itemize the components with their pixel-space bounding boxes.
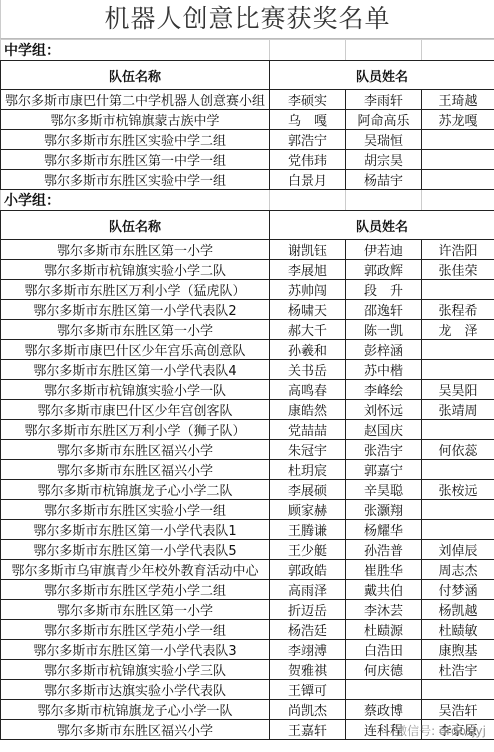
member-name: 何依蕊: [422, 440, 494, 460]
member-name: 张佳荣: [422, 260, 494, 280]
member-name: 吴浩轩: [422, 700, 494, 720]
member-name: [422, 280, 494, 300]
table-row: 鄂尔多斯市康巴什区少年宫乐高创意队孙羲和彭梓涵: [1, 340, 494, 360]
member-name: [422, 150, 494, 170]
table-row: 鄂尔多斯市杭锦旗蒙古族中学乌 嘎阿命高乐苏龙嘎: [1, 110, 494, 130]
member-name: 段 升: [346, 280, 422, 300]
table-row: 鄂尔多斯市东胜区第一小学代表队1王腾谦杨耀华: [1, 520, 494, 540]
header-row: 队伍名称 队员姓名: [1, 211, 494, 240]
table-row: 鄂尔多斯市康巴什区少年宫创客队康皓然刘怀远张靖周: [1, 400, 494, 420]
member-name: [422, 520, 494, 540]
watermark: 微信号: ordosjyj: [395, 722, 486, 739]
member-name: 吴瑞恒: [346, 130, 422, 150]
table-row: 鄂尔多斯市乌审旗青少年校外教育活动中心郭政皓崔胜华周志杰: [1, 560, 494, 580]
member-name: 孙羲和: [270, 340, 346, 360]
member-name: 党喆喆: [270, 420, 346, 440]
team-name: 鄂尔多斯市东胜区福兴小学: [1, 460, 270, 480]
team-name: 鄂尔多斯市东胜区实验中学一组: [1, 170, 270, 190]
team-name: 鄂尔多斯市康巴什第二中学机器人创意赛小组: [1, 90, 270, 110]
team-name: 鄂尔多斯市东胜区学苑小学一组: [1, 620, 270, 640]
member-name: 杜赜敏: [422, 620, 494, 640]
team-name: 鄂尔多斯市东胜区第一小学: [1, 240, 270, 260]
member-name: 张程希: [422, 300, 494, 320]
table-row: 鄂尔多斯市东胜区福兴小学朱冠宇张浩宇何依蕊: [1, 440, 494, 460]
member-name: 彭梓涵: [346, 340, 422, 360]
team-name: 鄂尔多斯市东胜区福兴小学: [1, 720, 270, 740]
member-name: 尚凯杰: [270, 700, 346, 720]
member-name: 付梦涵: [422, 580, 494, 600]
member-name: 折迈岳: [270, 600, 346, 620]
member-name: 高鸣春: [270, 380, 346, 400]
table-row: 鄂尔多斯市东胜区第一中学一组党伟玮胡宗昊: [1, 150, 494, 170]
member-name: 王嘉轩: [270, 720, 346, 740]
member-name: 蔡政博: [346, 700, 422, 720]
team-header: 队伍名称: [1, 61, 270, 90]
table-row: 鄂尔多斯市东胜区万利小学（狮子队）党喆喆赵国庆: [1, 420, 494, 440]
members-header: 队员姓名: [270, 211, 494, 240]
table-row: 鄂尔多斯市杭锦旗实验小学二队李展旭郭政辉张佳荣: [1, 260, 494, 280]
member-name: 李展旭: [270, 260, 346, 280]
table-row: 鄂尔多斯市杭锦旗实验小学三队贺雅祺何庆德杜浩宇: [1, 660, 494, 680]
team-name: 鄂尔多斯市东胜区万利小学（狮子队）: [1, 420, 270, 440]
table-row: 鄂尔多斯市东胜区实验小学一组顾家赫张灏翔: [1, 500, 494, 520]
member-name: 谢凯钰: [270, 240, 346, 260]
member-name: 阿命高乐: [346, 110, 422, 130]
section-row: 中学组：: [1, 40, 494, 61]
member-name: 朱冠宇: [270, 440, 346, 460]
table-row: 鄂尔多斯市东胜区第一小学代表队4关书岳苏中楷: [1, 360, 494, 380]
table-row: 鄂尔多斯市东胜区学苑小学一组杨浩廷杜赜源杜赜敏: [1, 620, 494, 640]
member-name: 许浩阳: [422, 240, 494, 260]
member-name: 李雨轩: [346, 90, 422, 110]
team-name: 鄂尔多斯市杭锦旗蒙古族中学: [1, 110, 270, 130]
team-name: 鄂尔多斯市东胜区第一小学: [1, 600, 270, 620]
member-name: 郝大千: [270, 320, 346, 340]
team-name: 鄂尔多斯市东胜区福兴小学: [1, 440, 270, 460]
table-row: 鄂尔多斯市东胜区第一小学折迈岳李沐芸杨凯越: [1, 600, 494, 620]
team-name: 鄂尔多斯市康巴什区少年宫乐高创意队: [1, 340, 270, 360]
member-name: 王镡可: [270, 680, 346, 700]
member-name: [422, 420, 494, 440]
member-name: 顾家赫: [270, 500, 346, 520]
member-name: 伊若迪: [346, 240, 422, 260]
table-row: 鄂尔多斯市东胜区学苑小学二组高雨泽戴共伯付梦涵: [1, 580, 494, 600]
member-name: 郭浩宁: [270, 130, 346, 150]
member-name: 王琦越: [422, 90, 494, 110]
team-name: 鄂尔多斯市东胜区第一小学代表队3: [1, 640, 270, 660]
member-name: 崔胜华: [346, 560, 422, 580]
team-name: 鄂尔多斯市东胜区万利小学（猛虎队）: [1, 280, 270, 300]
member-name: 贺雅祺: [270, 660, 346, 680]
member-name: 杨浩廷: [270, 620, 346, 640]
member-name: 辛昊聪: [346, 480, 422, 500]
team-name: 鄂尔多斯市东胜区第一小学代表队5: [1, 540, 270, 560]
member-name: 乌 嘎: [270, 110, 346, 130]
member-name: 苏帅闯: [270, 280, 346, 300]
table-row: 鄂尔多斯市东胜区万利小学（猛虎队）苏帅闯段 升: [1, 280, 494, 300]
member-name: 郭嘉宁: [346, 460, 422, 480]
team-name: 鄂尔多斯市杭锦旗龙子心小学一队: [1, 700, 270, 720]
member-name: 李沐芸: [346, 600, 422, 620]
header-row: 队伍名称 队员姓名: [1, 61, 494, 90]
member-name: 杨凯越: [422, 600, 494, 620]
team-name: 鄂尔多斯市杭锦旗实验小学二队: [1, 260, 270, 280]
member-name: 孙浩普: [346, 540, 422, 560]
team-name: 鄂尔多斯市达旗实验小学代表队: [1, 680, 270, 700]
table-row: 鄂尔多斯市东胜区第一小学郝大千陈一凯龙 泽: [1, 320, 494, 340]
team-name: 鄂尔多斯市东胜区学苑小学二组: [1, 580, 270, 600]
member-name: 龙 泽: [422, 320, 494, 340]
team-name: 鄂尔多斯市东胜区第一小学代表队1: [1, 520, 270, 540]
member-name: 张灏翔: [346, 500, 422, 520]
table-row: 鄂尔多斯市东胜区实验中学一组白景月杨喆宇: [1, 170, 494, 190]
member-name: 王少艇: [270, 540, 346, 560]
member-name: [422, 130, 494, 150]
table-row: 鄂尔多斯市达旗实验小学代表队王镡可: [1, 680, 494, 700]
member-name: 杨啸天: [270, 300, 346, 320]
member-name: 李展硕: [270, 480, 346, 500]
member-name: [346, 680, 422, 700]
member-name: 李翊溥: [270, 640, 346, 660]
member-name: [422, 340, 494, 360]
table-row: 鄂尔多斯市康巴什第二中学机器人创意赛小组李硕实李雨轩王琦越: [1, 90, 494, 110]
table-row: 鄂尔多斯市杭锦旗实验小学一队高鸣春李峰绘吴昊阳: [1, 380, 494, 400]
member-name: 邵逸轩: [346, 300, 422, 320]
member-name: 周志杰: [422, 560, 494, 580]
member-name: 张桉远: [422, 480, 494, 500]
team-name: 鄂尔多斯市东胜区实验小学一组: [1, 500, 270, 520]
table-row: 鄂尔多斯市东胜区福兴小学杜玥宸郭嘉宁: [1, 460, 494, 480]
team-name: 鄂尔多斯市东胜区第一小学: [1, 320, 270, 340]
member-name: 王腾谦: [270, 520, 346, 540]
member-name: [422, 460, 494, 480]
member-name: 郭政辉: [346, 260, 422, 280]
member-name: 康皓然: [270, 400, 346, 420]
team-name: 鄂尔多斯市东胜区第一中学一组: [1, 150, 270, 170]
member-name: 郭政皓: [270, 560, 346, 580]
member-name: 刘怀远: [346, 400, 422, 420]
member-name: 白景月: [270, 170, 346, 190]
member-name: 白浩田: [346, 640, 422, 660]
member-name: 苏中楷: [346, 360, 422, 380]
member-name: 李峰绘: [346, 380, 422, 400]
table-row: 鄂尔多斯市东胜区第一小学代表队5王少艇孙浩普刘倬辰: [1, 540, 494, 560]
table-row: 鄂尔多斯市东胜区实验中学二组郭浩宁吴瑞恒: [1, 130, 494, 150]
member-name: 赵国庆: [346, 420, 422, 440]
member-name: [422, 680, 494, 700]
team-name: 鄂尔多斯市杭锦旗龙子心小学二队: [1, 480, 270, 500]
section-label: 中学组：: [1, 40, 270, 61]
member-name: [422, 170, 494, 190]
team-name: 鄂尔多斯市东胜区第一小学代表队4: [1, 360, 270, 380]
member-name: 党伟玮: [270, 150, 346, 170]
member-name: 苏龙嘎: [422, 110, 494, 130]
member-name: 戴共伯: [346, 580, 422, 600]
member-name: 李硕实: [270, 90, 346, 110]
team-name: 鄂尔多斯市杭锦旗实验小学一队: [1, 380, 270, 400]
table-row: 鄂尔多斯市东胜区第一小学谢凯钰伊若迪许浩阳: [1, 240, 494, 260]
table-row: 鄂尔多斯市东胜区第一小学代表队3李翊溥白浩田康煦基: [1, 640, 494, 660]
member-name: [422, 500, 494, 520]
member-name: 刘倬辰: [422, 540, 494, 560]
table-row: 鄂尔多斯市杭锦旗龙子心小学二队李展硕辛昊聪张桉远: [1, 480, 494, 500]
member-name: 杜赜源: [346, 620, 422, 640]
member-name: 胡宗昊: [346, 150, 422, 170]
section-label: 小学组：: [1, 190, 270, 211]
team-name: 鄂尔多斯市杭锦旗实验小学三队: [1, 660, 270, 680]
member-name: 杜玥宸: [270, 460, 346, 480]
member-name: 杜浩宇: [422, 660, 494, 680]
member-name: 张浩宇: [346, 440, 422, 460]
spreadsheet: 机器人创意比赛获奖名单 中学组： 队伍名称 队员姓名 鄂尔多斯市康巴什第二中学机…: [0, 0, 494, 740]
team-name: 鄂尔多斯市东胜区实验中学二组: [1, 130, 270, 150]
member-name: 张靖周: [422, 400, 494, 420]
member-name: [422, 360, 494, 380]
member-name: 吴昊阳: [422, 380, 494, 400]
team-name: 鄂尔多斯市东胜区第一小学代表队2: [1, 300, 270, 320]
section-row: 小学组：: [1, 190, 494, 211]
team-name: 鄂尔多斯市康巴什区少年宫创客队: [1, 400, 270, 420]
member-name: 杨耀华: [346, 520, 422, 540]
member-name: 杨喆宇: [346, 170, 422, 190]
page-title: 机器人创意比赛获奖名单: [0, 0, 494, 39]
table-row: 鄂尔多斯市东胜区第一小学代表队2杨啸天邵逸轩张程希: [1, 300, 494, 320]
table-row: 鄂尔多斯市杭锦旗龙子心小学一队尚凯杰蔡政博吴浩轩: [1, 700, 494, 720]
middle-school-table: 中学组： 队伍名称 队员姓名 鄂尔多斯市康巴什第二中学机器人创意赛小组李硕实李雨…: [0, 39, 494, 740]
team-header: 队伍名称: [1, 211, 270, 240]
member-name: 陈一凯: [346, 320, 422, 340]
member-name: 康煦基: [422, 640, 494, 660]
member-name: 关书岳: [270, 360, 346, 380]
member-name: 高雨泽: [270, 580, 346, 600]
members-header: 队员姓名: [270, 61, 494, 90]
member-name: 何庆德: [346, 660, 422, 680]
team-name: 鄂尔多斯市乌审旗青少年校外教育活动中心: [1, 560, 270, 580]
